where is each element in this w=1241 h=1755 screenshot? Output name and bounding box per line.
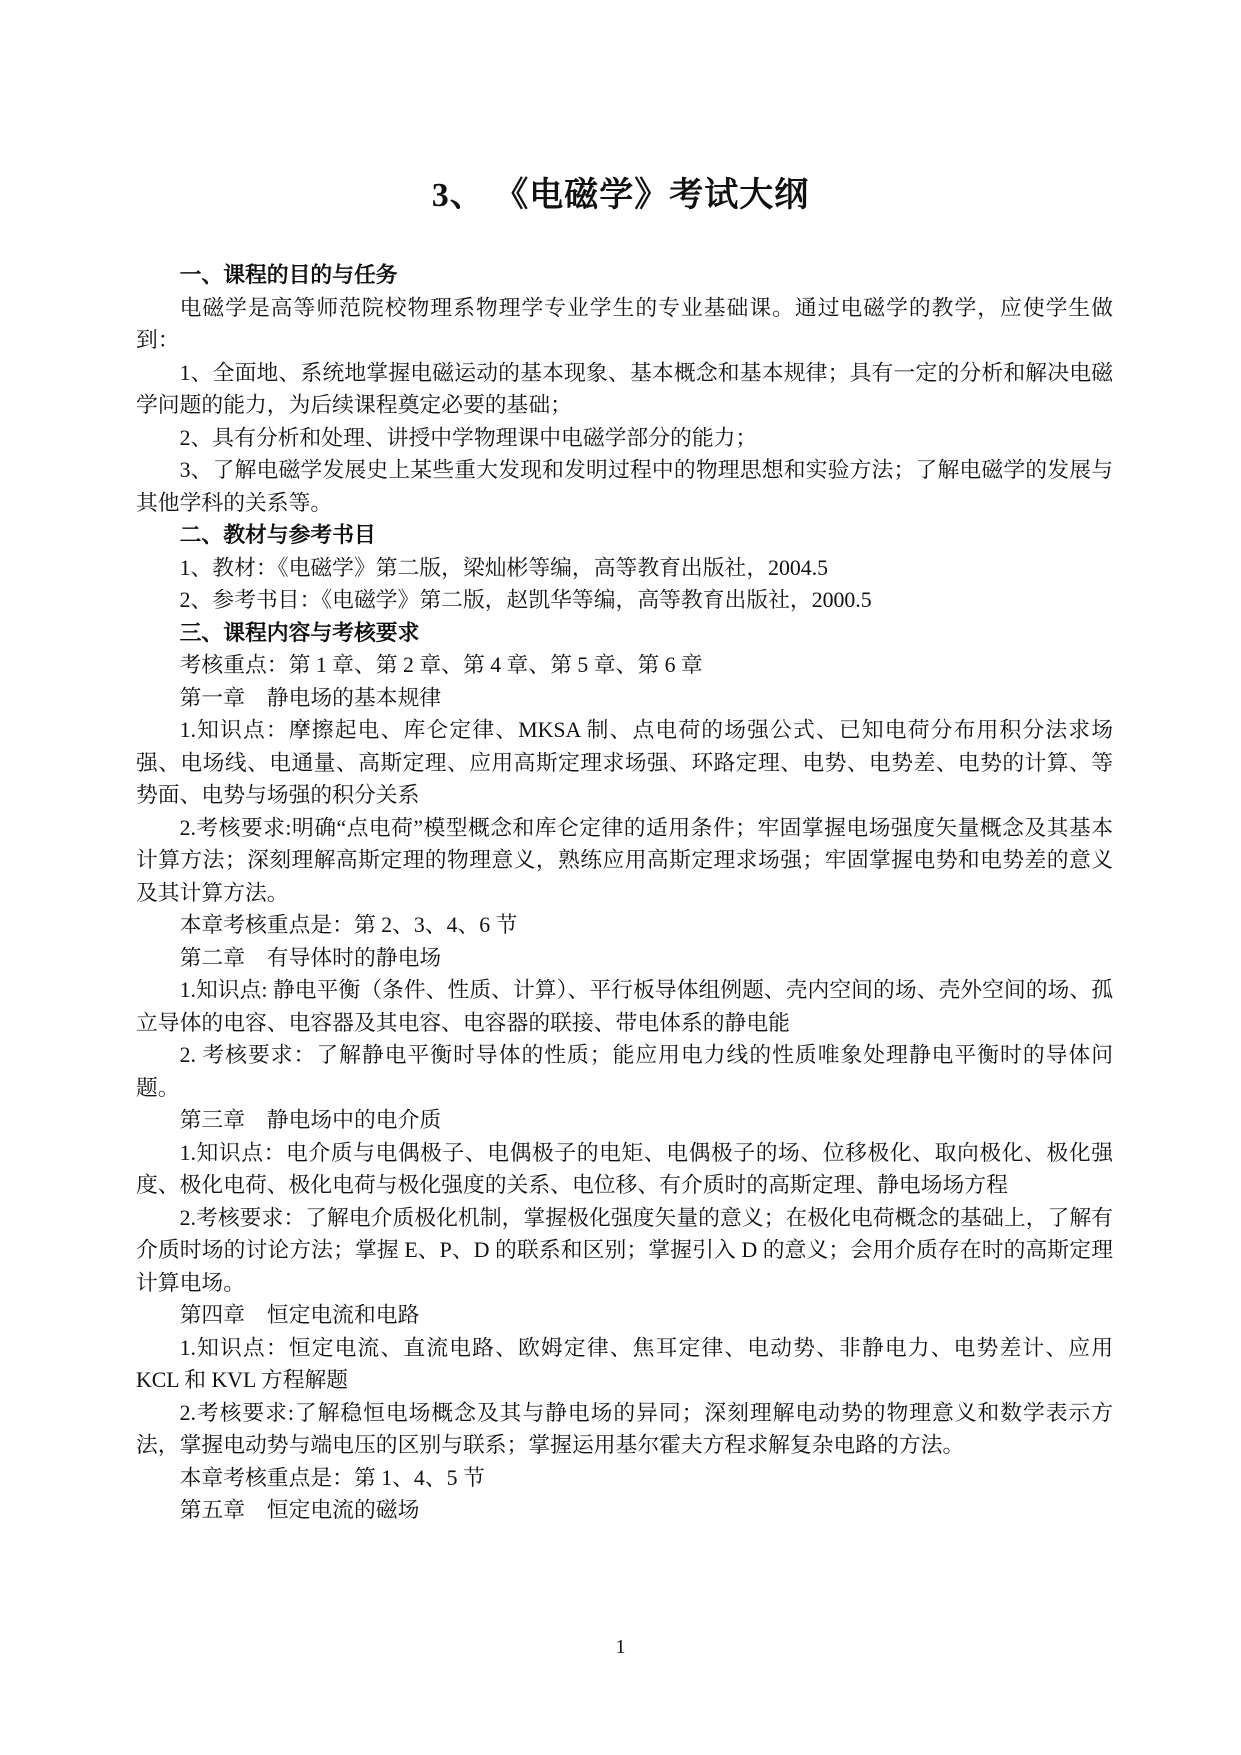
chapter-1-exam-requirements: 2.考核要求:明确“点电荷”模型概念和库仑定律的适用条件；牢固掌握电场强度矢量概… — [136, 812, 1113, 910]
exam-focus-chapters: 考核重点：第 1 章、第 2 章、第 4 章、第 5 章、第 6 章 — [136, 649, 1113, 682]
course-intro-paragraph: 电磁学是高等师范院校物理系物理学专业学生的专业基础课。通过电磁学的教学，应使学生… — [136, 292, 1113, 357]
page-number: 1 — [0, 1634, 1241, 1660]
chapter-4-key-sections: 本章考核重点是：第 1、4、5 节 — [136, 1462, 1113, 1495]
chapter-2-exam-requirements: 2. 考核要求：了解静电平衡时导体的性质；能应用电力线的性质唯象处理静电平衡时的… — [136, 1039, 1113, 1104]
chapter-4-knowledge-points: 1.知识点：恒定电流、直流电路、欧姆定律、焦耳定律、电动势、非静电力、电势差计、… — [136, 1332, 1113, 1397]
objective-item-2: 2、具有分析和处理、讲授中学物理课中电磁学部分的能力； — [136, 422, 1113, 455]
section-3-heading: 三、课程内容与考核要求 — [136, 617, 1113, 650]
chapter-1-knowledge-points: 1.知识点：摩擦起电、库仑定律、MKSA 制、点电荷的场强公式、已知电荷分布用积… — [136, 714, 1113, 812]
reference-item: 2、参考书目：《电磁学》第二版，赵凯华等编，高等教育出版社，2000.5 — [136, 584, 1113, 617]
section-1-heading: 一、课程的目的与任务 — [136, 259, 1113, 292]
chapter-4-exam-requirements: 2.考核要求:了解稳恒电场概念及其与静电场的异同；深刻理解电动势的物理意义和数学… — [136, 1397, 1113, 1462]
chapter-4-title: 第四章 恒定电流和电路 — [136, 1299, 1113, 1332]
chapter-1-key-sections: 本章考核重点是：第 2、3、4、6 节 — [136, 909, 1113, 942]
chapter-3-exam-requirements: 2.考核要求：了解电介质极化机制，掌握极化强度矢量的意义；在极化电荷概念的基础上… — [136, 1202, 1113, 1300]
objective-item-1: 1、全面地、系统地掌握电磁运动的基本现象、基本概念和基本规律；具有一定的分析和解… — [136, 357, 1113, 422]
textbook-item: 1、教材：《电磁学》第二版，梁灿彬等编，高等教育出版社，2004.5 — [136, 552, 1113, 585]
chapter-2-title: 第二章 有导体时的静电场 — [136, 942, 1113, 975]
chapter-1-title: 第一章 静电场的基本规律 — [136, 682, 1113, 715]
document-title: 3、 《电磁学》考试大纲 — [0, 174, 1241, 218]
document-body: 一、课程的目的与任务 电磁学是高等师范院校物理系物理学专业学生的专业基础课。通过… — [136, 259, 1113, 1527]
chapter-5-title: 第五章 恒定电流的磁场 — [136, 1494, 1113, 1527]
chapter-3-knowledge-points: 1.知识点：电介质与电偶极子、电偶极子的电矩、电偶极子的场、位移极化、取向极化、… — [136, 1137, 1113, 1202]
chapter-3-title: 第三章 静电场中的电介质 — [136, 1104, 1113, 1137]
document-page: 3、 《电磁学》考试大纲 一、课程的目的与任务 电磁学是高等师范院校物理系物理学… — [0, 0, 1241, 1755]
section-2-heading: 二、教材与参考书目 — [136, 519, 1113, 552]
objective-item-3: 3、了解电磁学发展史上某些重大发现和发明过程中的物理思想和实验方法；了解电磁学的… — [136, 454, 1113, 519]
chapter-2-knowledge-points: 1.知识点: 静电平衡（条件、性质、计算）、平行板导体组例题、壳内空间的场、壳外… — [136, 974, 1113, 1039]
